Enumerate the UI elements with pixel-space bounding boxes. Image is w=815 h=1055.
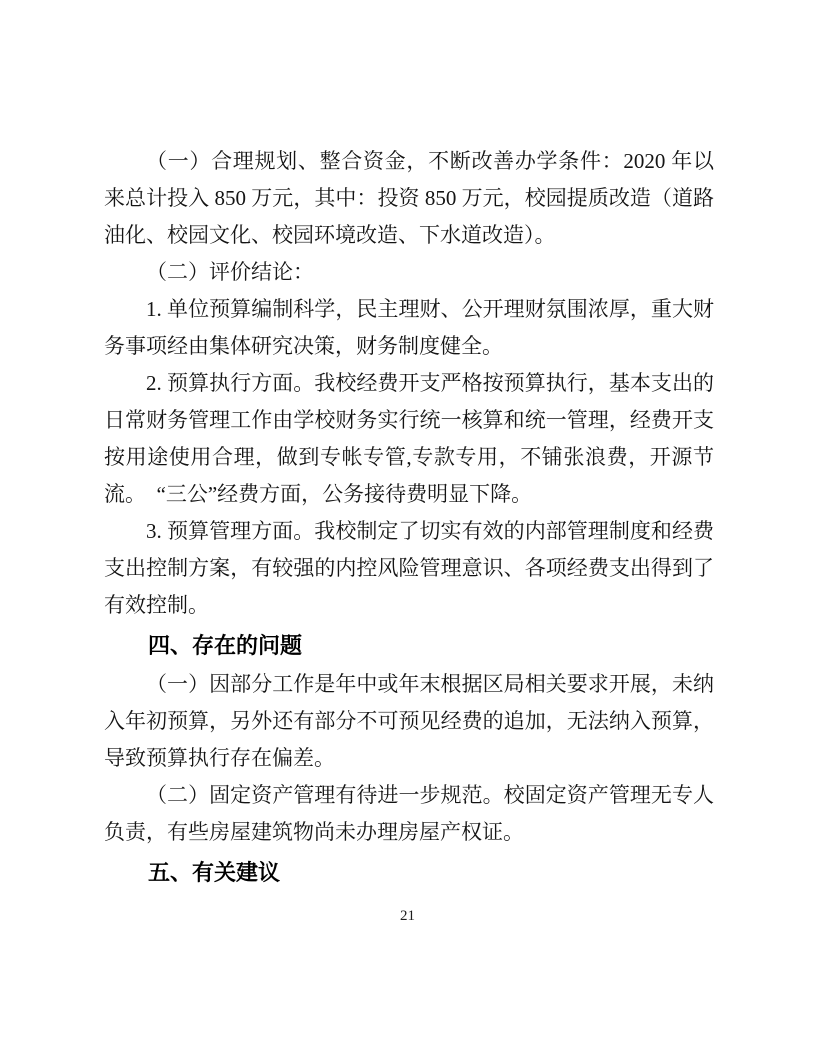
paragraph-budget-management: 3. 预算管理方面。我校制定了切实有效的内部管理制度和经费支出控制方案，有较强的…	[104, 513, 714, 624]
paragraph-budget-execution: 2. 预算执行方面。我校经费开支严格按预算执行，基本支出的日常财务管理工作由学校…	[104, 365, 714, 513]
document-page: （一）合理规划、整合资金，不断改善办学条件：2020 年以来总计投入 850 万…	[0, 0, 815, 1055]
page-number: 21	[0, 908, 815, 925]
document-body: （一）合理规划、整合资金，不断改善办学条件：2020 年以来总计投入 850 万…	[104, 143, 714, 893]
section-heading-problems: 四、存在的问题	[104, 627, 714, 664]
paragraph-budget-preparation: 1. 单位预算编制科学，民主理财、公开理财氛围浓厚，重大财务事项经由集体研究决策…	[104, 291, 714, 365]
paragraph-evaluation-conclusion: （二）评价结论：	[104, 254, 714, 291]
section-heading-suggestions: 五、有关建议	[104, 854, 714, 891]
paragraph-problem-fixed-assets: （二）固定资产管理有待进一步规范。校固定资产管理无专人负责，有些房屋建筑物尚未办…	[104, 777, 714, 851]
paragraph-fund-planning: （一）合理规划、整合资金，不断改善办学条件：2020 年以来总计投入 850 万…	[104, 143, 714, 254]
paragraph-problem-budget-deviation: （一）因部分工作是年中或年末根据区局相关要求开展，未纳入年初预算，另外还有部分不…	[104, 666, 714, 777]
